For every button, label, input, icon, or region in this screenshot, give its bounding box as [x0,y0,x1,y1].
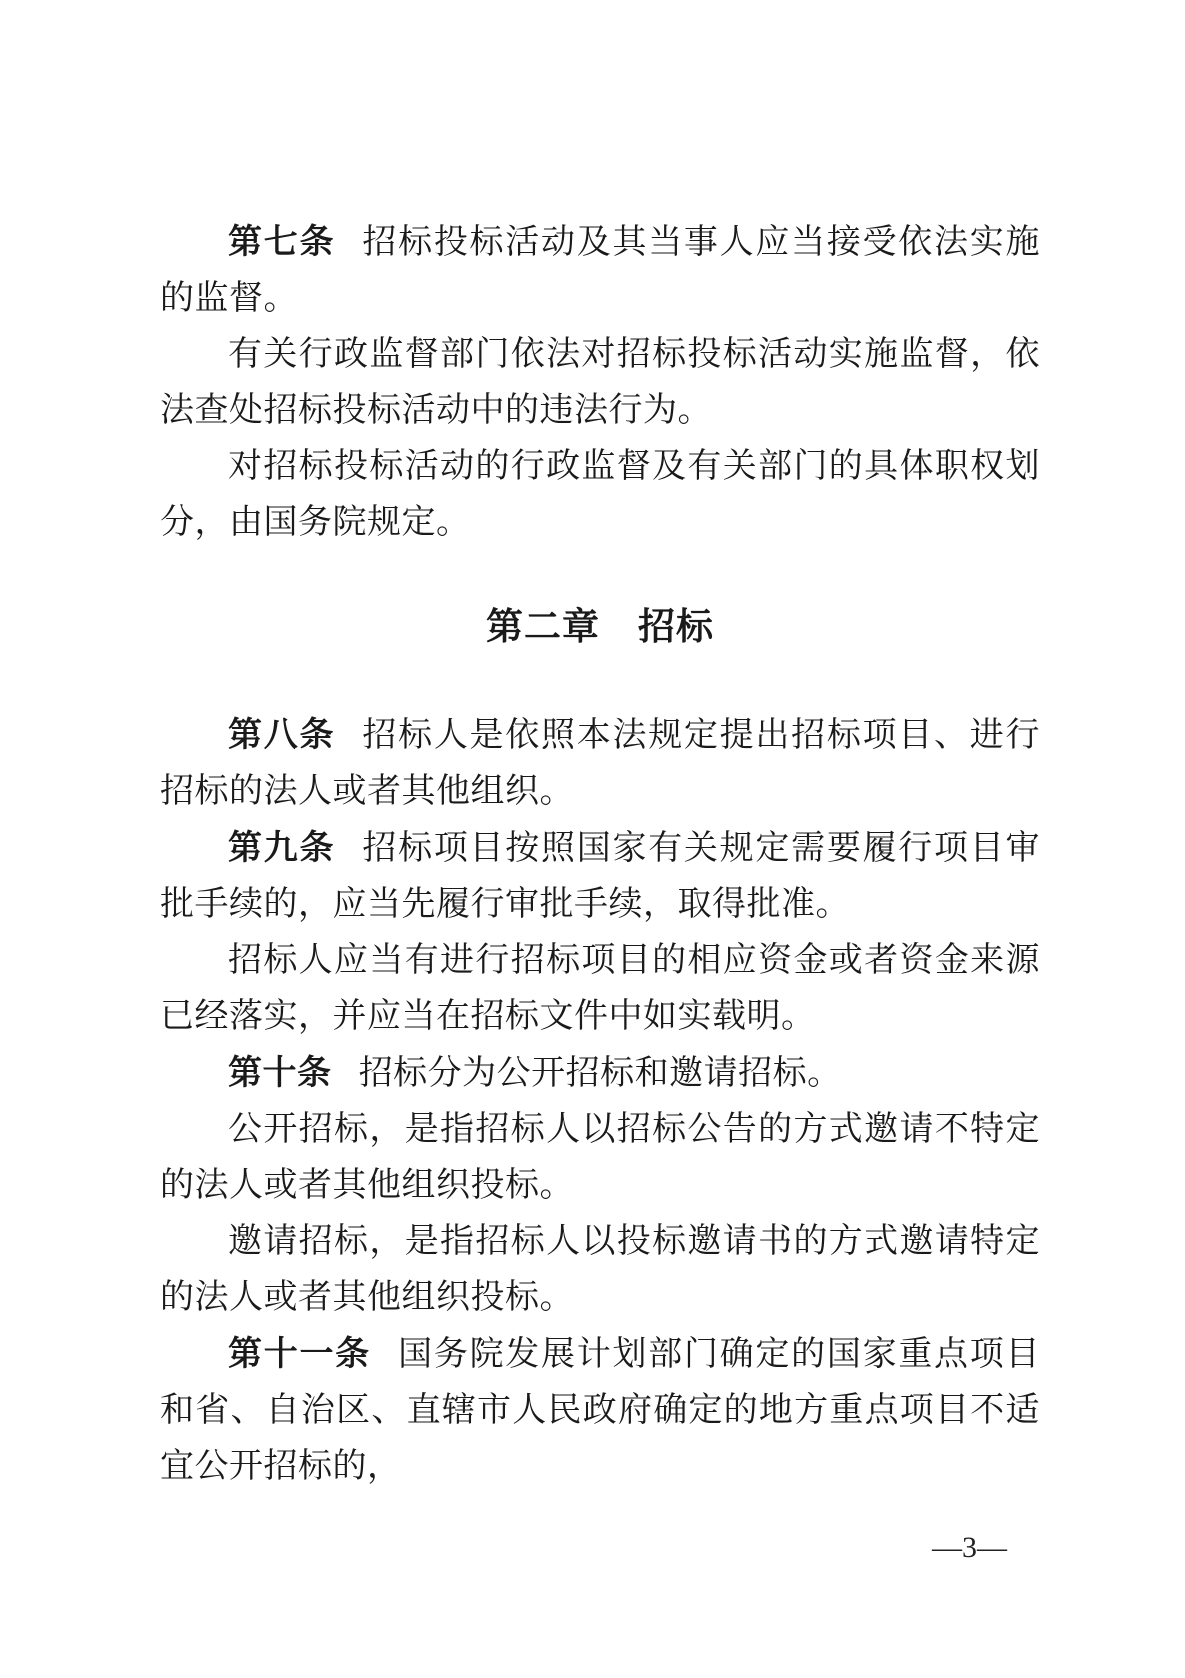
paragraph-text: 招标分为公开招标和邀请招标。 [359,1055,842,1092]
article-number: 第八条 [228,716,335,754]
paragraph: 招标人应当有进行招标项目的相应资金或者资金来源已经落实，并应当在招标文件中如实载… [160,933,1040,1045]
paragraph-text: 公开招标，是指招标人以招标公告的方式邀请不特定的法人或者其他组织投标。 [160,1111,1040,1204]
article-number: 第十一条 [228,1335,371,1373]
paragraph: 公开招标，是指招标人以招标公告的方式邀请不特定的法人或者其他组织投标。 [160,1102,1040,1214]
paragraph: 有关行政监督部门依法对招标投标活动实施监督，依法查处招标投标活动中的违法行为。 [160,327,1040,439]
page-content: 第七条招标投标活动及其当事人应当接受依法实施的监督。 有关行政监督部门依法对招标… [160,214,1040,1495]
paragraph: 第八条招标人是依照本法规定提出招标项目、进行招标的法人或者其他组织。 [160,707,1040,820]
paragraph-text: 有关行政监督部门依法对招标投标活动实施监督，依法查处招标投标活动中的违法行为。 [160,336,1040,429]
paragraph-text: 招标人应当有进行招标项目的相应资金或者资金来源已经落实，并应当在招标文件中如实载… [160,942,1040,1035]
paragraph: 邀请招标，是指招标人以投标邀请书的方式邀请特定的法人或者其他组织投标。 [160,1214,1040,1326]
paragraph: 对招标投标活动的行政监督及有关部门的具体职权划分，由国务院规定。 [160,439,1040,551]
paragraph: 第十条招标分为公开招标和邀请招标。 [160,1045,1040,1102]
article-number: 第七条 [228,223,335,261]
article-number: 第九条 [228,829,335,867]
paragraph-text: 对招标投标活动的行政监督及有关部门的具体职权划分，由国务院规定。 [160,448,1040,541]
document-page: 第七条招标投标活动及其当事人应当接受依法实施的监督。 有关行政监督部门依法对招标… [0,0,1185,1678]
paragraph: 第十一条国务院发展计划部门确定的国家重点项目和省、自治区、直辖市人民政府确定的地… [160,1326,1040,1495]
paragraph-text: 邀请招标，是指招标人以投标邀请书的方式邀请特定的法人或者其他组织投标。 [160,1223,1040,1316]
article-number: 第十条 [228,1054,332,1092]
chapter-heading: 第二章 招标 [160,599,1040,655]
paragraph: 第七条招标投标活动及其当事人应当接受依法实施的监督。 [160,214,1040,327]
paragraph: 第九条招标项目按照国家有关规定需要履行项目审批手续的，应当先履行审批手续，取得批… [160,820,1040,933]
page-number: —3— [932,1532,1007,1564]
